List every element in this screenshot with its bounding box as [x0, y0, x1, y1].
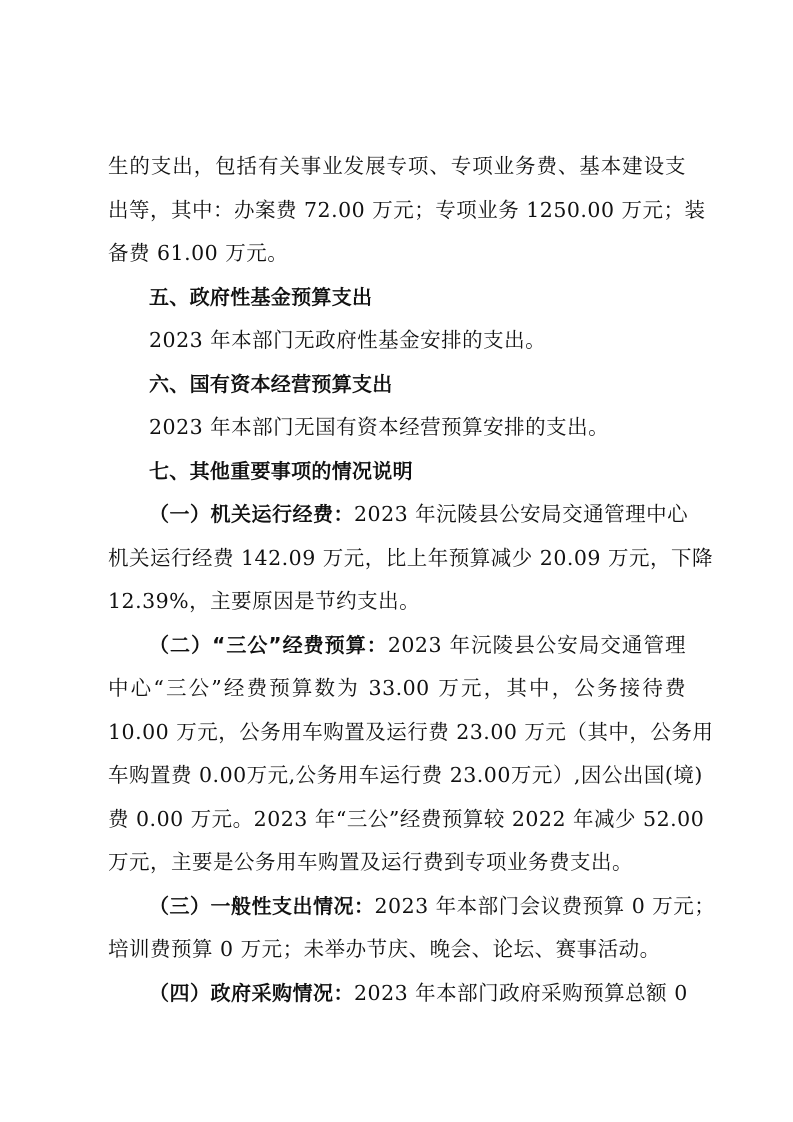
- item-text: 2023 年沅陵县公安局交通管理: [388, 633, 686, 657]
- section-heading-other-matters: 七、其他重要事项的情况说明: [108, 451, 686, 491]
- section-body-state-capital: 2023 年本部门无国有资本经营预算安排的支出。: [108, 407, 686, 447]
- paragraph-line: 机关运行经费 142.09 万元，比上年预算减少 20.09 万元，下降: [108, 538, 686, 578]
- section-heading-state-capital: 六、国有资本经营预算支出: [108, 364, 686, 404]
- item-label: （一）机关运行经费：: [149, 502, 354, 526]
- paragraph-line: 备费 61.00 万元。: [108, 233, 686, 273]
- paragraph-line: 12.39%，主要原因是节约支出。: [108, 581, 686, 621]
- paragraph-line: 车购置费 0.00万元,公务用车运行费 23.00万元）,因公出国(境): [108, 755, 686, 795]
- paragraph-line: 10.00 万元，公务用车购置及运行费 23.00 万元（其中，公务用: [108, 712, 686, 752]
- paragraph-line: 生的支出，包括有关事业发展专项、专项业务费、基本建设支: [108, 146, 686, 186]
- document-page: 生的支出，包括有关事业发展专项、专项业务费、基本建设支 出等，其中：办案费 72…: [108, 146, 686, 1016]
- paragraph-line: 中心“三公”经费预算数为 33.00 万元，其中，公务接待费: [108, 668, 686, 708]
- item-general-expenses-first-line: （三）一般性支出情况：2023 年本部门会议费预算 0 万元；: [108, 886, 686, 926]
- item-text: 2023 年本部门政府采购预算总额 0: [354, 981, 688, 1005]
- paragraph-line: 培训费预算 0 万元；未举办节庆、晚会、论坛、赛事活动。: [108, 929, 686, 969]
- paragraph-line: 费 0.00 万元。2023 年“三公”经费预算较 2022 年减少 52.00: [108, 799, 686, 839]
- item-text: 2023 年沅陵县公安局交通管理中心: [354, 502, 688, 526]
- item-label: （二）“三公”经费预算：: [149, 633, 388, 657]
- item-label: （四）政府采购情况：: [149, 981, 354, 1005]
- item-operating-expenses-first-line: （一）机关运行经费：2023 年沅陵县公安局交通管理中心: [108, 494, 686, 534]
- item-three-public-expenses-first-line: （二）“三公”经费预算：2023 年沅陵县公安局交通管理: [108, 625, 686, 665]
- item-text: 2023 年本部门会议费预算 0 万元；: [375, 894, 716, 918]
- section-body-government-fund: 2023 年本部门无政府性基金安排的支出。: [108, 320, 686, 360]
- item-government-procurement-first-line: （四）政府采购情况：2023 年本部门政府采购预算总额 0: [108, 973, 686, 1013]
- paragraph-line: 万元，主要是公务用车购置及运行费到专项业务费支出。: [108, 842, 686, 882]
- item-label: （三）一般性支出情况：: [149, 894, 375, 918]
- section-heading-government-fund: 五、政府性基金预算支出: [108, 277, 686, 317]
- paragraph-line: 出等，其中：办案费 72.00 万元；专项业务 1250.00 万元；装: [108, 190, 686, 230]
